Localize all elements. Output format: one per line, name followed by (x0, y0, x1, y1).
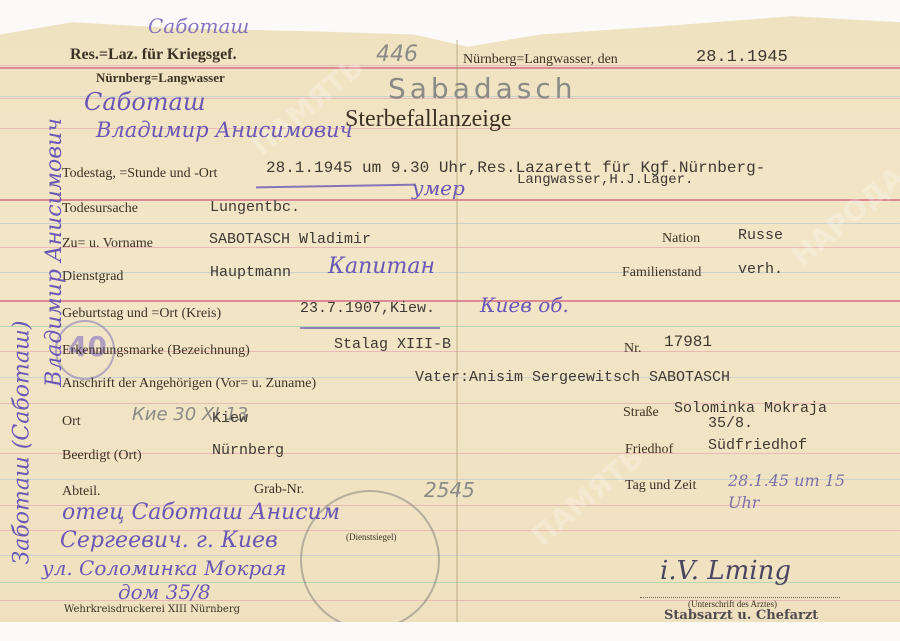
pencil-latin-surname: Sabadasch (388, 72, 577, 105)
relative-note-line1: отец Саботаш Анисим (62, 500, 340, 525)
birth-value: 23.7.1907,Kiew. (300, 300, 435, 317)
handwritten-birthplace: Киев об. (480, 293, 569, 317)
scan-border (0, 622, 900, 641)
signature-line (640, 597, 840, 598)
id-number-label: Nr. (624, 341, 642, 357)
relatives-label: Anschrift der Angehörigen (Vor= u. Zunam… (62, 376, 316, 392)
nation-value: Russe (738, 227, 783, 244)
nation-label: Nation (662, 231, 700, 247)
relatives-value: Vater:Anisim Sergeewitsch SABOTASCH (415, 369, 730, 386)
document-title: Sterbefallanzeige (345, 106, 512, 133)
rule-line (0, 223, 900, 224)
death-label: Todestag, =Stunde und -Ort (62, 166, 217, 182)
section-label: Abteil. (62, 484, 101, 500)
grave-label: Grab-Nr. (254, 482, 304, 498)
id-tag-value: Stalag XIII-B (334, 336, 451, 353)
name-value: SABOTASCH Wladimir (209, 231, 371, 248)
marital-label: Familienstand (622, 265, 701, 281)
death-value-line2: Langwasser,H.J.Lager. (517, 172, 693, 188)
burial-place-value: Nürnberg (212, 442, 284, 459)
handwritten-death-note: умер (412, 176, 465, 200)
rank-label: Dienstgrad (62, 269, 123, 285)
institution-name: Res.=Laz. für Kriegsgef. (70, 46, 237, 64)
relative-note-line4: дом 35/8 (118, 580, 211, 604)
seal-label: (Dienstsiegel) (346, 532, 396, 542)
relative-note-line2: Сергеевич. г. Киев (60, 528, 278, 553)
margin-note-name: Владимир Анисимович (42, 118, 67, 387)
record-number: 446 (376, 42, 418, 67)
place-date-label: Nürnberg=Langwasser, den (463, 52, 618, 68)
id-number-value: 17981 (664, 333, 712, 351)
handwritten-first-patronymic: Владимир Анисимович (96, 118, 353, 142)
id-tag-label: Erkennungsmarke (Bezeichnung) (62, 343, 250, 359)
physician-rank-stamp: Stabsarzt u. Chefarzt (664, 608, 818, 623)
rule-line-red (0, 67, 900, 69)
report-date: 28.1.1945 (696, 48, 788, 67)
physician-signature: i.V. Lming (660, 556, 791, 586)
cause-value: Lungentbc. (210, 199, 300, 216)
relative-note-line3: ул. Соломинка Мокрая (42, 556, 286, 580)
institution-location: Nürnberg=Langwasser (96, 70, 225, 86)
cause-label: Todesursache (62, 201, 138, 217)
rule-line (0, 326, 900, 327)
margin-note-surname: Заботаш (Саботаш) (9, 321, 34, 565)
marital-value: verh. (738, 261, 783, 278)
day-time-label: Tag und Zeit (625, 478, 696, 494)
place-value: Kiew (212, 410, 248, 427)
burial-place-label: Beerdigt (Ort) (62, 448, 142, 464)
cemetery-value: Südfriedhof (708, 437, 807, 454)
handwritten-top-surname: Саботаш (148, 14, 249, 38)
handwritten-surname: Саботаш (84, 88, 206, 116)
grave-number: 2545 (424, 478, 475, 502)
burial-datetime: 28.1.45 um 15 Uhr (728, 470, 848, 514)
street-label: Straße (623, 405, 659, 421)
name-label: Zu= u. Vorname (62, 236, 153, 252)
handwritten-rank: Капитан (328, 254, 435, 279)
rank-value: Hauptmann (210, 264, 291, 281)
rule-line-red (0, 300, 900, 302)
printer-imprint: Wehrkreisdruckerei XIII Nürnberg (64, 604, 240, 615)
cemetery-label: Friedhof (625, 442, 673, 458)
place-label: Ort (62, 414, 81, 430)
street-value-line2: 35/8. (708, 415, 753, 432)
underline-stroke (300, 327, 440, 329)
